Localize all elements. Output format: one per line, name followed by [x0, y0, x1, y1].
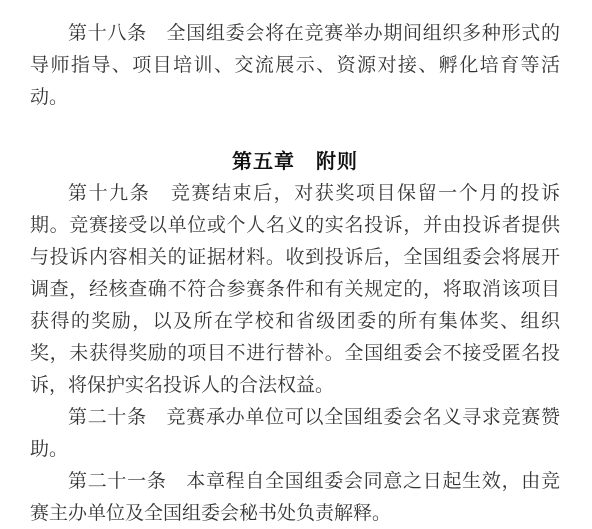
chapter-5-heading: 第五章 附则 — [30, 146, 560, 178]
article-19-paragraph: 第十九条 竞赛结束后，对获奖项目保留一个月的投诉期。竞赛接受以单位或个人名义的实… — [30, 178, 560, 402]
article-18-paragraph: 第十八条 全国组委会将在竞赛举办期间组织多种形式的导师指导、项目培训、交流展示、… — [30, 18, 560, 114]
article-20-paragraph: 第二十条 竞赛承办单位可以全国组委会名义寻求竞赛赞助。 — [30, 402, 560, 466]
article-21-paragraph: 第二十一条 本章程自全国组委会同意之日起生效，由竞赛主办单位及全国组委会秘书处负… — [30, 466, 560, 529]
document-page: 第十八条 全国组委会将在竞赛举办期间组织多种形式的导师指导、项目培训、交流展示、… — [0, 0, 592, 529]
